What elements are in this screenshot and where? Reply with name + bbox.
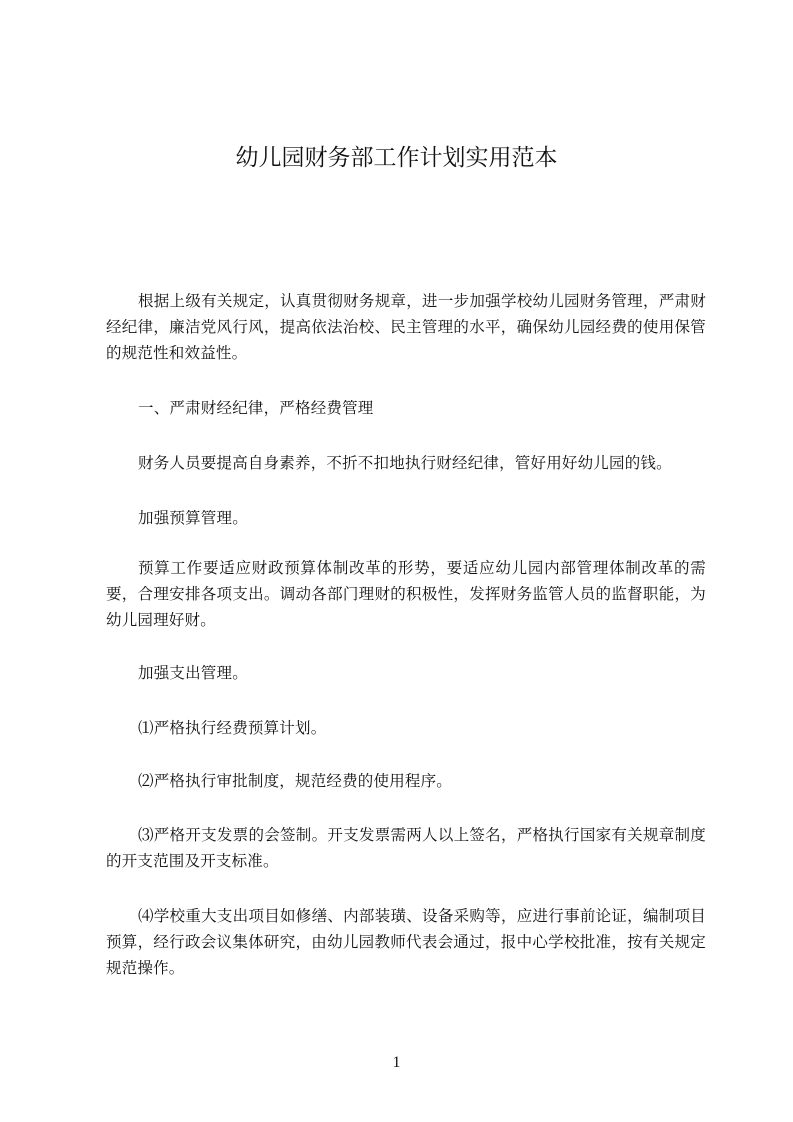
section-heading-1: 一、严肃财经纪律，严格经费管理 — [106, 395, 706, 421]
document-title: 幼儿园财务部工作计划实用范本 — [0, 138, 793, 178]
page-number: 1 — [0, 1054, 793, 1072]
paragraph-staff-discipline: 财务人员要提高自身素养，不折不扣地执行财经纪律，管好用好幼儿园的钱。 — [106, 450, 706, 476]
document-page: 幼儿园财务部工作计划实用范本 根据上级有关规定，认真贯彻财务规章，进一步加强学校… — [0, 0, 793, 1122]
list-item-4: ⑷学校重大支出项目如修缮、内部装璜、设备采购等，应进行事前论证，编制项目预算，经… — [106, 903, 706, 981]
subheading-budget-management: 加强预算管理。 — [106, 505, 706, 531]
paragraph-budget-work: 预算工作要适应财政预算体制改革的形势，要适应幼儿园内部管理体制改革的需要，合理安… — [106, 555, 706, 633]
intro-paragraph: 根据上级有关规定，认真贯彻财务规章，进一步加强学校幼儿园财务管理，严肃财经纪律，… — [106, 288, 706, 366]
list-item-1: ⑴严格执行经费预算计划。 — [106, 715, 706, 741]
list-item-3: ⑶严格开支发票的会签制。开支发票需两人以上签名，严格执行国家有关规章制度的开支范… — [106, 822, 706, 874]
list-item-2: ⑵严格执行审批制度，规范经费的使用程序。 — [106, 768, 706, 794]
subheading-expense-management: 加强支出管理。 — [106, 660, 706, 686]
